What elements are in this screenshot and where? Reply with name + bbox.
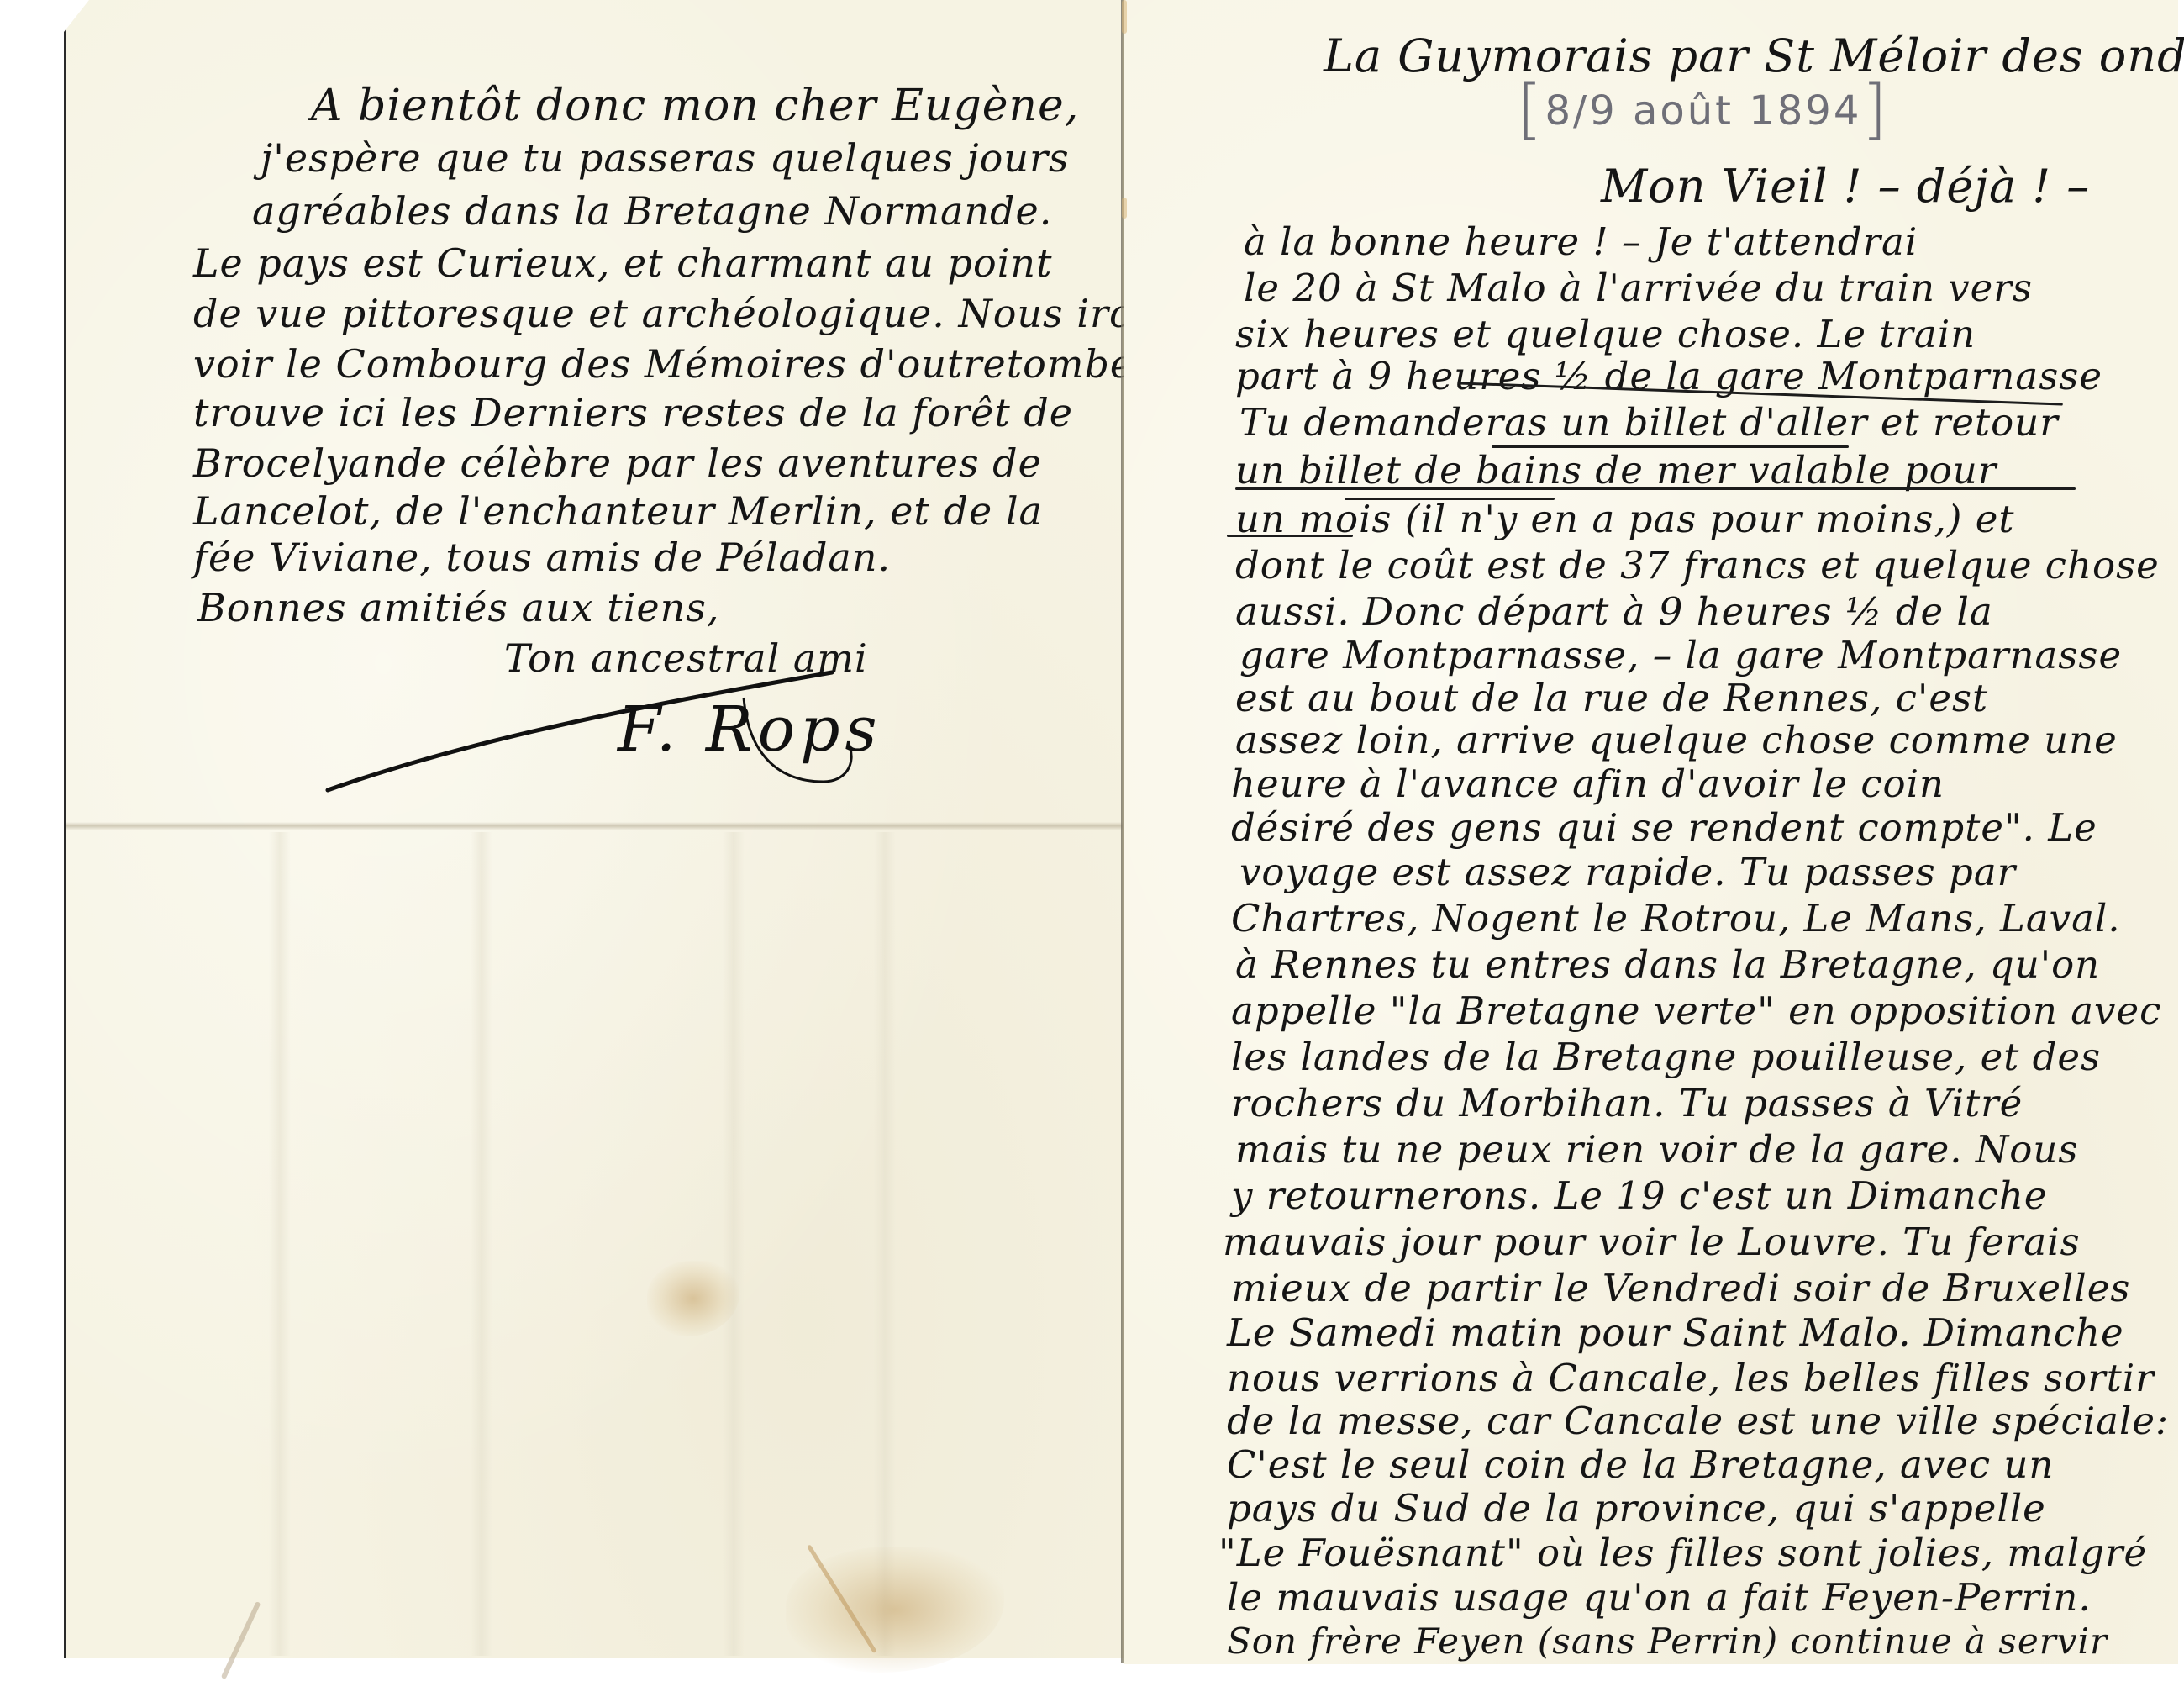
letter-line: Le Samedi matin pour Saint Malo. Dimanch… [1227, 1314, 2124, 1352]
letter-line: assez loin, arrive quelque chose comme u… [1235, 721, 2118, 759]
spine-stain [1122, 0, 1127, 34]
letter-line: pays du Sud de la province, qui s'appell… [1227, 1489, 2046, 1527]
letter-line: Le pays est Curieux, et charmant au poin… [193, 244, 1053, 282]
letter-line: six heures et quelque chose. Le train [1235, 315, 1976, 353]
letter-line: les landes de la Bretagne pouilleuse, et… [1231, 1038, 2101, 1076]
letter-line: mauvais jour pour voir le Louvre. Tu fer… [1223, 1223, 2081, 1261]
letter-line: fée Viviane, tous amis de Péladan. [193, 538, 891, 577]
letter-line: un mois (il n'y en a pas pour moins,) et [1235, 500, 2014, 538]
letter-line: à Rennes tu entres dans la Bretagne, qu'… [1235, 946, 2100, 983]
letter-line: de vue pittoresque et archéologique. Nou… [193, 294, 1180, 333]
letter-line: mieux de partir le Vendredi soir de Brux… [1231, 1269, 2131, 1307]
page-spine [1121, 0, 1124, 1663]
closing-line: Ton ancestral ami [504, 639, 868, 677]
letter-line: le mauvais usage qu'on a fait Feyen-Perr… [1227, 1578, 2092, 1616]
letter-line: Chartres, Nogent le Rotrou, Le Mans, Lav… [1231, 899, 2121, 937]
letter-line: "Le Fouësnant" où les filles sont jolies… [1218, 1534, 2147, 1572]
letter-line: un billet de bains de mer valable pour [1235, 451, 1997, 489]
letter-line: y retournerons. Le 19 c'est un Dimanche [1231, 1177, 2048, 1215]
letter-line: le 20 à St Malo à l'arrivée du train ver… [1244, 269, 2033, 307]
letter-line: j'espère que tu passeras quelques jours [261, 139, 1070, 177]
letter-line: aussi. Donc départ à 9 heures ½ de la [1235, 593, 1993, 630]
horizontal-fold [66, 822, 1123, 830]
letter-line: heure à l'avance afin d'avoir le coin [1231, 765, 1945, 803]
letter-line: trouve ici les Derniers restes de la for… [193, 393, 1073, 432]
date-text: 8/9 août 1894 [1545, 87, 1861, 134]
vertical-crease [874, 832, 896, 1656]
letter-line: mais tu ne peux rien voir de la gare. No… [1235, 1130, 2078, 1168]
letter-line: dont le coût est de 37 francs et quelque… [1235, 546, 2160, 584]
salutation: Mon Vieil ! – déjà ! – [1601, 164, 2090, 209]
letter-line: rochers du Morbihan. Tu passes à Vitré [1231, 1084, 2023, 1122]
letter-line: agréables dans la Bretagne Normande. [252, 192, 1052, 230]
letter-line: désiré des gens qui se rendent compte". … [1231, 809, 2097, 846]
letter-line: de la messe, car Cancale est une ville s… [1227, 1402, 2169, 1440]
ink-underline [1235, 487, 2076, 490]
letter-line: C'est le seul coin de la Bretagne, avec … [1227, 1446, 2054, 1484]
letter-line: Bonnes amitiés aux tiens, [197, 588, 720, 627]
spine-stain [1122, 198, 1127, 219]
vertical-crease [723, 832, 745, 1656]
letter-line: Lancelot, de l'enchanteur Merlin, et de … [193, 492, 1043, 530]
letter-line: gare Montparnasse, – la gare Montparnass… [1239, 636, 2122, 674]
vertical-crease [269, 832, 291, 1656]
letter-line: Son frère Feyen (sans Perrin) continue à… [1227, 1624, 2108, 1659]
letter-line: Brocelyande célèbre par les aventures de [193, 444, 1042, 482]
letter-line: voir le Combourg des Mémoires d'outretom… [193, 345, 1210, 383]
letter-line: voyage est assez rapide. Tu passes par [1239, 853, 2016, 891]
letter-line: à la bonne heure ! – Je t'attendrai [1244, 223, 1918, 261]
signature: F. Rops [618, 693, 881, 766]
letter-line: appelle "la Bretagne verte" en oppositio… [1231, 992, 2161, 1030]
vertical-crease [471, 832, 492, 1656]
letter-scan: A bientôt donc mon cher Eugène, j'espère… [0, 0, 2184, 1697]
ink-underline [1227, 535, 1353, 537]
letter-line: nous verrions à Cancale, les belles fill… [1227, 1359, 2155, 1397]
letter-line: Tu demanderas un billet d'aller et retou… [1239, 403, 2059, 441]
letter-line: A bientôt donc mon cher Eugène, [311, 84, 1079, 128]
letter-line: est au bout de la rue de Rennes, c'est [1235, 679, 1988, 717]
date-annotation: [8/9 août 1894] [1517, 71, 1890, 147]
